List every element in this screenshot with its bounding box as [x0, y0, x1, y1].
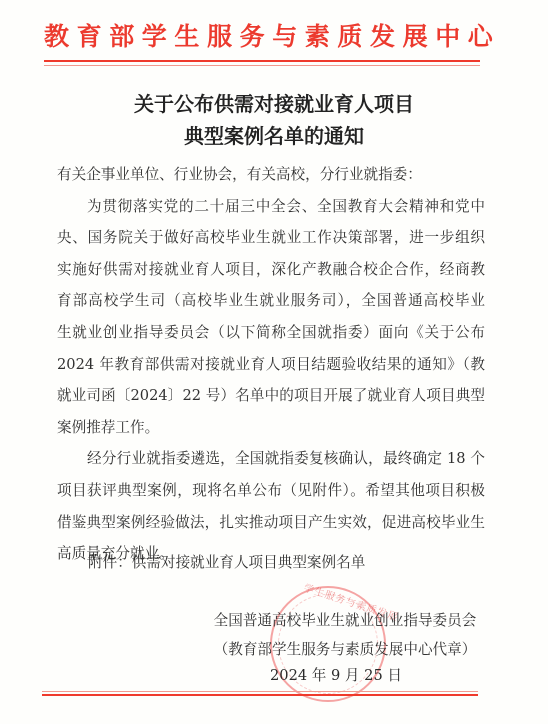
- letterhead-rule-thick: [44, 60, 480, 62]
- paragraph-line: 就业司函〔2024〕22 号）名单中的项目开展了就业育人项目典型: [57, 380, 485, 412]
- document-title: 关于公布供需对接就业育人项目 典型案例名单的通知: [0, 88, 548, 152]
- document-body: 有关企事业单位、行业协会，有关高校，分行业就指委： 为贯彻落实党的二十届三中全会…: [57, 159, 485, 570]
- document-title-line-2: 典型案例名单的通知: [0, 120, 548, 152]
- paragraph-line: 实施好供需对接就业育人项目，深化产教融合校企合作，经商教: [57, 254, 485, 286]
- paragraph-1: 为贯彻落实党的二十届三中全会、全国教育大会精神和党中 央、国务院关于做好高校毕业…: [57, 191, 485, 444]
- signature-block: 全国普通高校毕业生就业创业指导委员会 （教育部学生服务与素质发展中心代章）: [195, 606, 495, 664]
- issue-date: 2024 年 9 月 25 日: [270, 664, 402, 685]
- footer-rule-thick: [42, 694, 478, 696]
- footer-rule-thin: [42, 691, 478, 692]
- letterhead-title: 教育部学生服务与素质发展中心: [44, 22, 480, 52]
- attachment-reference: 附件：供需对接就业育人项目典型案例名单: [88, 551, 365, 572]
- paragraph-line: 项目获评典型案例，现将名单公布（见附件）。希望其他项目积极: [57, 475, 485, 507]
- issuer-name: 全国普通高校毕业生就业创业指导委员会: [195, 606, 495, 635]
- paragraph-line: 案例推荐工作。: [57, 412, 485, 444]
- document-title-line-1: 关于公布供需对接就业育人项目: [0, 88, 548, 120]
- letterhead-rule-thin: [44, 65, 480, 66]
- paragraph-line: 为贯彻落实党的二十届三中全会、全国教育大会精神和党中: [57, 191, 485, 223]
- paragraph-line: 2024 年教育部供需对接就业育人项目结题验收结果的通知》（教: [57, 349, 485, 381]
- salutation: 有关企事业单位、行业协会，有关高校，分行业就指委：: [57, 159, 485, 191]
- paragraph-line: 借鉴典型案例经验做法，扎实推动项目产生实效，促进高校毕业生: [57, 507, 485, 539]
- paragraph-line: 央、国务院关于做好高校毕业生就业工作决策部署，进一步组织: [57, 222, 485, 254]
- paragraph-line: 育部高校学生司（高校毕业生就业服务司），全国普通高校毕业: [57, 285, 485, 317]
- issuer-on-behalf: （教育部学生服务与素质发展中心代章）: [195, 635, 495, 664]
- paragraph-line: 生就业创业指导委员会（以下简称全国就指委）面向《关于公布: [57, 317, 485, 349]
- paragraph-line: 经分行业就指委遴选，全国就指委复核确认，最终确定 18 个: [57, 443, 485, 475]
